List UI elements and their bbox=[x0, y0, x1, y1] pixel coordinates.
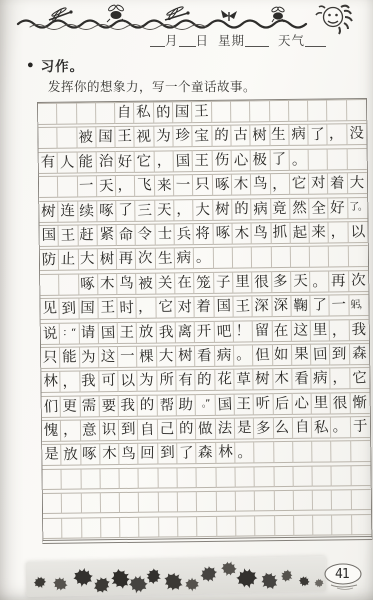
grid-cell bbox=[43, 493, 63, 514]
grid-cell bbox=[81, 468, 101, 489]
grid-cell bbox=[197, 491, 217, 512]
handwritten-character: 法 bbox=[217, 419, 232, 439]
grid-row: 说：“请国王放我离开吧！留在这里，我 bbox=[41, 318, 369, 343]
grid-cell: 啄 bbox=[97, 200, 117, 222]
handwritten-character: 助 bbox=[178, 395, 193, 415]
handwritten-character: ， bbox=[62, 372, 77, 393]
handwritten-character: 到 bbox=[160, 443, 175, 463]
grid-cell: 国 bbox=[214, 296, 234, 318]
handwritten-character: 。 bbox=[333, 417, 348, 437]
grid-cell bbox=[101, 492, 121, 513]
grid-cell bbox=[81, 493, 101, 514]
handwritten-character: 古 bbox=[233, 125, 248, 145]
exercise-prompt: 发挥你的想象力，写一个童话故事。 bbox=[48, 77, 256, 95]
handwritten-character: 么 bbox=[275, 418, 290, 438]
handwritten-character: 了 bbox=[179, 444, 194, 465]
grid-cell: 做 bbox=[196, 418, 216, 440]
grid-cell: 助 bbox=[177, 394, 197, 416]
handwritten-character: 能 bbox=[62, 347, 77, 367]
handwritten-character: 私 bbox=[314, 418, 329, 439]
grid-cell bbox=[159, 516, 179, 537]
handwritten-character: 王 bbox=[119, 322, 134, 342]
grid-cell: 自 bbox=[115, 102, 135, 124]
grid-cell bbox=[77, 102, 97, 124]
grid-cell: 了。 bbox=[348, 197, 368, 219]
handwritten-character: 到 bbox=[61, 299, 76, 320]
grid-cell: 啄 bbox=[81, 444, 101, 466]
grid-cell bbox=[275, 515, 295, 536]
grid-cell: 竟 bbox=[271, 197, 291, 219]
grid-cell: 对 bbox=[175, 296, 195, 318]
handwritten-character: 很 bbox=[254, 272, 269, 293]
grid-cell: 子 bbox=[214, 271, 234, 293]
grid-cell bbox=[310, 246, 330, 268]
grid-cell bbox=[213, 247, 233, 269]
grid-cell: 王 bbox=[235, 393, 255, 415]
grid-cell: ， bbox=[116, 175, 136, 197]
grid-cell: 紧 bbox=[97, 224, 117, 246]
grid-cell: 自 bbox=[138, 419, 158, 441]
handwritten-character: ， bbox=[332, 320, 347, 341]
handwritten-character: 的 bbox=[140, 395, 155, 415]
handwritten-character: 放 bbox=[139, 322, 154, 342]
bullet-icon: ● bbox=[27, 59, 34, 71]
handwritten-character: 说 bbox=[42, 323, 57, 344]
notebook-page-photo: 月日星期天气 ● 习作。 发挥你的想象力，写一个童话故事。 自私的国王被国王视为… bbox=[0, 0, 373, 600]
handwritten-character: 心 bbox=[294, 393, 309, 413]
grid-cell: 能 bbox=[60, 346, 80, 368]
handwritten-character: 里 bbox=[313, 320, 328, 340]
handwritten-character: 森 bbox=[198, 443, 213, 463]
handwritten-character: 森 bbox=[352, 344, 367, 364]
grid-cell: 视 bbox=[135, 126, 155, 148]
handwritten-character: 。 bbox=[291, 150, 306, 171]
grid-cell: 么 bbox=[273, 417, 293, 439]
page-number-badge: 41 bbox=[321, 560, 367, 594]
handwritten-character: 里 bbox=[235, 272, 250, 292]
grid-cell bbox=[140, 516, 160, 537]
handwritten-character: 竟 bbox=[272, 198, 287, 218]
grid-cell: 再 bbox=[329, 270, 349, 292]
handwritten-character: 防 bbox=[41, 250, 56, 271]
handwritten-character: 为 bbox=[139, 371, 154, 391]
grid-cell bbox=[38, 103, 58, 125]
handwritten-character: 王 bbox=[117, 127, 132, 147]
handwritten-character: 很 bbox=[333, 393, 348, 414]
grid-cell: 说 bbox=[41, 322, 61, 344]
handwritten-character: 我 bbox=[120, 395, 135, 415]
grid-cell: 的 bbox=[138, 394, 158, 416]
grid-cell: 到 bbox=[60, 298, 80, 320]
grid-cell: 棵 bbox=[137, 345, 157, 367]
grid-cell: 很 bbox=[331, 392, 351, 414]
handwritten-character: 的 bbox=[197, 370, 212, 390]
grid-cell bbox=[212, 101, 232, 123]
grid-cell: ， bbox=[331, 368, 351, 390]
grid-cell: 有 bbox=[176, 369, 196, 391]
grid-cell bbox=[250, 100, 270, 122]
grid-cell: 里 bbox=[311, 319, 331, 341]
handwritten-character: 兵 bbox=[176, 224, 191, 245]
grid-cell: 。” bbox=[196, 394, 216, 416]
grid-cell bbox=[178, 516, 198, 537]
handwritten-character: 己 bbox=[159, 419, 174, 439]
handwritten-character: 对 bbox=[311, 173, 326, 193]
handwritten-character: 请 bbox=[81, 322, 96, 342]
grid-cell: 以 bbox=[348, 221, 368, 243]
grid-cell: 如 bbox=[273, 344, 293, 366]
grid-cell: 士 bbox=[155, 223, 175, 245]
grid-cell bbox=[217, 515, 237, 536]
grid-cell: 国 bbox=[79, 297, 99, 319]
grid-cell: 然 bbox=[290, 197, 310, 219]
handwritten-character: 啄 bbox=[99, 201, 114, 221]
composition-grid: 自私的国王被国王视为珍宝的古树生病了，没有人能治好它，国王伤心极了。一天，飞来一… bbox=[37, 98, 372, 544]
handwritten-character: 王 bbox=[194, 151, 209, 171]
handwritten-character: 的 bbox=[155, 103, 170, 124]
handwritten-character: 树 bbox=[252, 126, 267, 147]
handwritten-character: 命 bbox=[118, 225, 133, 246]
grid-cell bbox=[96, 102, 116, 124]
grid-cell: 它 bbox=[135, 150, 155, 172]
handwritten-character: ， bbox=[138, 298, 153, 318]
grid-cell: 我 bbox=[80, 371, 100, 393]
grid-cell: 愧 bbox=[42, 420, 62, 442]
handwritten-character: 更 bbox=[62, 396, 77, 416]
handwritten-character: 只 bbox=[195, 175, 210, 195]
grid-cell: 国 bbox=[174, 150, 194, 172]
grid-cell bbox=[308, 99, 328, 121]
grid-cell: 王 bbox=[59, 224, 79, 246]
grid-cell bbox=[254, 442, 274, 464]
grid-cell: 能 bbox=[77, 151, 97, 173]
handwritten-character: 为 bbox=[156, 127, 171, 147]
handwritten-character: 来 bbox=[156, 176, 171, 197]
grid-cell bbox=[62, 468, 82, 489]
grid-cell: 。 bbox=[234, 344, 254, 366]
handwritten-character: 对 bbox=[177, 297, 192, 318]
grid-cell: 到 bbox=[330, 343, 350, 365]
handwritten-character: 着 bbox=[196, 297, 211, 317]
grid-cell bbox=[332, 489, 352, 510]
grid-cell bbox=[38, 127, 58, 149]
grid-cell: 我 bbox=[349, 318, 369, 340]
grid-cell: 对 bbox=[309, 173, 329, 195]
grid-cell: 树 bbox=[98, 248, 118, 270]
grid-cell: 赶 bbox=[78, 224, 98, 246]
grid-cell bbox=[271, 246, 291, 268]
grid-row: 啄木鸟被关在笼子里很多天。再次 bbox=[40, 270, 368, 295]
handwritten-character: 王 bbox=[194, 102, 209, 122]
grid-cell: 到 bbox=[119, 419, 139, 441]
handwritten-character: 大 bbox=[80, 249, 95, 269]
grid-cell bbox=[235, 466, 255, 487]
handwritten-character: 这 bbox=[293, 320, 308, 340]
grid-cell: 国 bbox=[96, 126, 116, 148]
grid-cell: 法 bbox=[216, 418, 236, 440]
handwritten-character: 国 bbox=[98, 127, 113, 147]
exercise-heading: ● 习作。 bbox=[27, 55, 84, 75]
grid-cell: 再 bbox=[117, 248, 137, 270]
grid-cell bbox=[101, 517, 121, 538]
grid-cell bbox=[43, 517, 63, 538]
handwritten-character: 它 bbox=[352, 368, 367, 389]
grid-cell: 树 bbox=[39, 200, 59, 222]
grid-cell bbox=[178, 467, 198, 488]
grid-row: 林，我可以为所有的花草树木看病，它 bbox=[41, 367, 369, 392]
handwritten-character: 大 bbox=[195, 200, 210, 221]
handwritten-character: 。 bbox=[312, 271, 327, 292]
handwritten-character: 它 bbox=[137, 151, 152, 171]
grid-cell: 很 bbox=[252, 271, 272, 293]
handwritten-character: 草 bbox=[236, 370, 251, 391]
handwritten-character: 我 bbox=[158, 322, 173, 343]
grid-cell: 啄 bbox=[79, 273, 99, 295]
handwritten-character: 鸟 bbox=[253, 223, 268, 243]
handwritten-character: 啄 bbox=[80, 274, 95, 295]
grid-cell bbox=[348, 245, 368, 267]
handwritten-character: ：“ bbox=[63, 323, 76, 343]
grid-cell: 一 bbox=[77, 175, 97, 197]
grid-cell bbox=[139, 492, 159, 513]
grid-cell: 林 bbox=[216, 442, 236, 464]
grid-cell bbox=[274, 466, 294, 487]
grid-cell: 抓 bbox=[271, 222, 291, 244]
grid-cell: 王 bbox=[98, 297, 118, 319]
handwritten-character: 一 bbox=[120, 346, 135, 366]
handwritten-character: 愧 bbox=[43, 421, 58, 441]
handwritten-character: 再 bbox=[331, 271, 346, 291]
grid-cell: 意 bbox=[80, 419, 100, 441]
grid-cell: 私 bbox=[312, 417, 332, 439]
grid-cell: 防 bbox=[40, 249, 60, 271]
handwritten-character: 看 bbox=[294, 369, 309, 390]
handwritten-character: 鸟 bbox=[119, 273, 134, 293]
grid-row: 见到国王时，它对着国王深深鞠了一躬， bbox=[40, 294, 368, 319]
grid-cell bbox=[100, 468, 120, 489]
handwritten-character: 的 bbox=[213, 126, 228, 146]
handwritten-character: 鸟 bbox=[253, 174, 268, 194]
grid-cell: 王 bbox=[118, 321, 138, 343]
grid-cell: 王 bbox=[192, 101, 212, 123]
grid-cell: 们 bbox=[42, 395, 62, 417]
grid-cell: 次 bbox=[136, 248, 156, 270]
grid-cell bbox=[255, 466, 275, 487]
handwritten-character: 见 bbox=[42, 299, 57, 319]
grid-cell: 三 bbox=[136, 199, 156, 221]
handwritten-character: 木 bbox=[100, 274, 115, 294]
grid-cell: ， bbox=[61, 420, 81, 442]
grid-cell: 多 bbox=[254, 417, 274, 439]
handwritten-character: 。 bbox=[237, 443, 252, 464]
grid-row: 愧，意识到自己的做法是多么自私。于 bbox=[42, 416, 370, 441]
grid-cell: 好 bbox=[116, 151, 136, 173]
handwritten-character: 一 bbox=[175, 175, 190, 195]
handwritten-character: 宝 bbox=[194, 126, 209, 147]
grid-cell bbox=[327, 99, 347, 121]
grid-cell: 。 bbox=[235, 442, 255, 464]
handwritten-character: 了 bbox=[312, 296, 327, 316]
grid-cell: 国 bbox=[215, 393, 235, 415]
handwritten-character: 棵 bbox=[139, 347, 154, 368]
composition-grid-wrap: 自私的国王被国王视为珍宝的古树生病了，没有人能治好它，国王伤心极了。一天，飞来一… bbox=[37, 98, 372, 544]
grid-cell: 止 bbox=[59, 249, 79, 271]
handwritten-character: 林 bbox=[43, 372, 58, 392]
dragonfly-icon bbox=[45, 6, 75, 24]
handwritten-character: 了。 bbox=[349, 197, 366, 217]
exercise-label: 习作。 bbox=[41, 55, 85, 75]
grid-cell: 草 bbox=[234, 369, 254, 391]
handwritten-character: 树 bbox=[178, 346, 193, 366]
grid-cell: 关 bbox=[156, 272, 176, 294]
handwritten-character: 的 bbox=[179, 419, 194, 439]
grid-cell: 了 bbox=[177, 443, 197, 465]
grid-cell: 鸟 bbox=[252, 222, 272, 244]
grid-cell: 花 bbox=[215, 369, 235, 391]
handwritten-character: 是 bbox=[237, 418, 252, 438]
handwritten-character: 啄 bbox=[82, 445, 97, 465]
grid-cell: 看 bbox=[195, 345, 215, 367]
handwritten-character: 国 bbox=[175, 151, 190, 172]
grid-cell: 一 bbox=[118, 346, 138, 368]
grid-cell: ， bbox=[328, 124, 348, 146]
grid-cell: 王 bbox=[233, 296, 253, 318]
grid-cell: 自 bbox=[293, 417, 313, 439]
grid-cell bbox=[197, 515, 217, 536]
grid-cell bbox=[58, 176, 78, 198]
grid-cell: 己 bbox=[158, 418, 178, 440]
handwritten-character: 鞠 bbox=[293, 296, 308, 317]
handwritten-character: 只 bbox=[43, 348, 58, 368]
grid-cell: 里 bbox=[312, 392, 332, 414]
grid-cell: 天 bbox=[155, 199, 175, 221]
grid-cell bbox=[309, 148, 329, 170]
handwritten-character: 全 bbox=[311, 198, 326, 219]
grid-cell bbox=[332, 441, 352, 463]
grid-row: 国王赶紧命令士兵将啄木鸟抓起来，以 bbox=[40, 221, 368, 246]
grid-cell: 木 bbox=[98, 273, 118, 295]
handwritten-character: 王 bbox=[100, 298, 115, 318]
handwritten-character: 林 bbox=[218, 443, 233, 463]
grid-cell: ， bbox=[270, 173, 290, 195]
grid-cell: 起 bbox=[290, 222, 310, 244]
weather-blank bbox=[305, 35, 326, 47]
grid-row: 是放啄木鸟回到了森林。 bbox=[42, 440, 370, 465]
handwritten-character: 们 bbox=[43, 397, 58, 418]
handwritten-character: 能 bbox=[79, 152, 94, 172]
handwritten-character: 所 bbox=[159, 370, 174, 390]
grid-cell: 病 bbox=[289, 124, 309, 146]
grid-cell: 了 bbox=[308, 124, 328, 146]
grid-cell bbox=[332, 465, 352, 486]
handwritten-character: 三 bbox=[137, 200, 152, 221]
grid-cell: 心 bbox=[292, 392, 312, 414]
handwritten-character: 需 bbox=[82, 396, 97, 416]
grid-cell bbox=[255, 490, 275, 511]
grid-cell: 来 bbox=[310, 221, 330, 243]
maple-leaves-decoration bbox=[26, 556, 327, 597]
grid-cell: 。 bbox=[331, 416, 351, 438]
grid-cell: 林 bbox=[41, 371, 61, 393]
grid-cell: 深 bbox=[253, 295, 273, 317]
handwritten-character: 国 bbox=[175, 102, 190, 122]
handwritten-character: 为 bbox=[81, 347, 96, 368]
grid-cell: 请 bbox=[79, 322, 99, 344]
grid-cell bbox=[120, 516, 140, 537]
handwritten-character: 次 bbox=[351, 270, 366, 290]
grid-cell bbox=[216, 491, 236, 512]
grid-cell: 。 bbox=[289, 148, 309, 170]
grid-cell bbox=[57, 103, 77, 125]
grid-cell: 。 bbox=[310, 270, 330, 292]
grid-cell: 啄 bbox=[213, 223, 233, 245]
grid-cell: 到 bbox=[158, 443, 178, 465]
handwritten-character: 一 bbox=[79, 176, 94, 196]
grid-cell: 令 bbox=[136, 224, 156, 246]
grid-cell bbox=[39, 176, 59, 198]
grid-cell: 的 bbox=[196, 369, 216, 391]
grid-cell: 笼 bbox=[194, 272, 214, 294]
month-blank bbox=[150, 35, 165, 47]
grid-cell: 鸟 bbox=[117, 273, 137, 295]
grid-cell: 人 bbox=[58, 151, 78, 173]
grid-cell: 可 bbox=[99, 370, 119, 392]
grid-cell: 一 bbox=[174, 174, 194, 196]
handwritten-character: 以 bbox=[120, 371, 135, 392]
grid-cell: 于 bbox=[351, 416, 371, 438]
grid-cell: 为 bbox=[80, 346, 100, 368]
grid-cell: 以 bbox=[118, 370, 138, 392]
grid-cell bbox=[178, 491, 198, 512]
handwritten-character: 来 bbox=[311, 222, 326, 242]
handwritten-character: 令 bbox=[138, 225, 153, 245]
handwritten-character: 的 bbox=[234, 199, 249, 219]
handwritten-character: 止 bbox=[61, 250, 76, 270]
handwritten-character: 一 bbox=[332, 295, 347, 315]
grid-cell bbox=[312, 441, 332, 463]
grid-row bbox=[42, 465, 370, 490]
grid-cell bbox=[58, 127, 78, 149]
handwritten-character: 啄 bbox=[214, 175, 229, 196]
grid-cell: 深 bbox=[272, 295, 292, 317]
grid-cell: 回 bbox=[139, 443, 159, 465]
handwritten-character: 国 bbox=[81, 298, 96, 318]
grid-cell: 命 bbox=[117, 224, 137, 246]
grid-cell: 但 bbox=[253, 344, 273, 366]
grid-cell: 惭 bbox=[350, 392, 370, 414]
grid-cell: 国 bbox=[99, 322, 119, 344]
grid-cell: 森 bbox=[350, 343, 370, 365]
handwritten-character: 被 bbox=[138, 273, 153, 294]
grid-cell bbox=[236, 491, 256, 512]
grid-cell bbox=[329, 246, 349, 268]
grid-cell bbox=[270, 100, 290, 122]
handwritten-character: 意 bbox=[82, 421, 97, 442]
handwritten-character: 木 bbox=[275, 369, 290, 389]
handwritten-character: 病 bbox=[176, 248, 191, 268]
grid-cell: ：“ bbox=[60, 322, 80, 344]
grid-cell: 了 bbox=[270, 149, 290, 171]
grid-cell: 的 bbox=[232, 198, 252, 220]
grid-cell: 留 bbox=[253, 320, 273, 342]
grid-cell: 没 bbox=[347, 123, 367, 145]
grid-cell: 只 bbox=[41, 347, 61, 369]
grid-row bbox=[43, 514, 371, 539]
grid-cell: 天 bbox=[291, 270, 311, 292]
grid-cell: 木 bbox=[232, 222, 252, 244]
grid-cell: 生 bbox=[156, 248, 176, 270]
handwritten-character: 花 bbox=[217, 370, 232, 390]
